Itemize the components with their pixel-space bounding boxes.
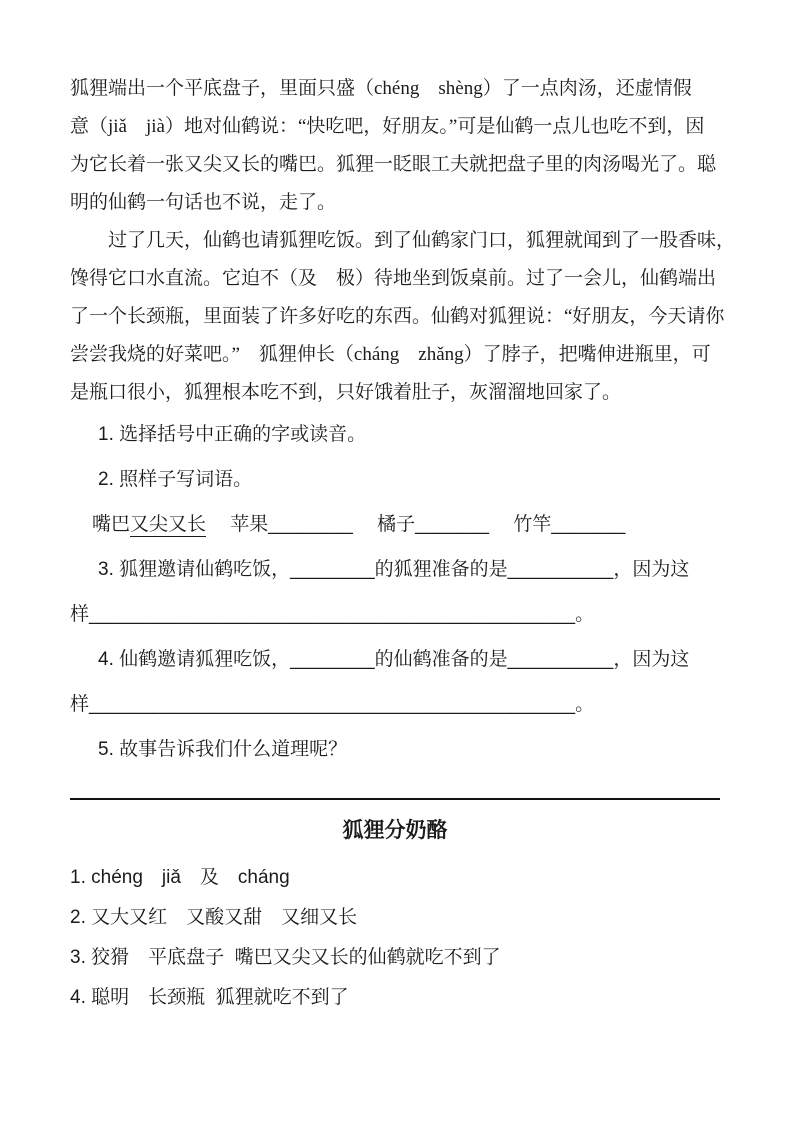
passage-line: 狐狸端出一个平底盘子，里面只盛（chéng shèng）了一点肉汤，还虚情假 xyxy=(70,70,720,108)
example-underlined-word: 又尖又长 xyxy=(130,514,206,537)
passage-line: 尝尝我烧的好菜吧。” 狐狸伸长（cháng zhǎng）了脖子，把嘴伸进瓶里，可 xyxy=(70,336,720,374)
answer-list: 1. chéng jiǎ 及 cháng 2. 又大又红 又酸又甜 又细又长 3… xyxy=(70,858,720,1018)
example-prefix: 嘴巴 xyxy=(92,514,130,535)
passage-line: 过了几天，仙鹤也请狐狸吃饭。到了仙鹤家门口，狐狸就闻到了一股香味， xyxy=(70,222,720,260)
passage-line: 意（jiǎ jià）地对仙鹤说：“快吃吧，好朋友。”可是仙鹤一点儿也吃不到，因 xyxy=(70,108,720,146)
answer-key-title: 狐狸分奶酪 xyxy=(70,816,720,846)
answer-key-section: 狐狸分奶酪 1. chéng jiǎ 及 cháng 2. 又大又红 又酸又甜 … xyxy=(70,816,720,1018)
passage-line: 为它长着一张又尖又长的嘴巴。狐狸一眨眼工夫就把盘子里的肉汤喝光了。聪 xyxy=(70,146,720,184)
question-3-line-2: 样_______________________________________… xyxy=(70,592,720,637)
question-4-line-2: 样_______________________________________… xyxy=(70,682,720,727)
question-1: 1. 选择括号中正确的字或读音。 xyxy=(70,412,720,457)
question-4-line-1: 4. 仙鹤邀请狐狸吃饭，________的仙鹤准备的是__________，因为… xyxy=(70,637,720,682)
answer-item: 4. 聪明 长颈瓶 狐狸就吃不到了 xyxy=(70,978,720,1018)
question-5: 5. 故事告诉我们什么道理呢？ xyxy=(70,727,720,772)
answer-item: 2. 又大又红 又酸又甜 又细又长 xyxy=(70,898,720,938)
question-list: 1. 选择括号中正确的字或读音。 2. 照样子写词语。 嘴巴又尖又长 苹果___… xyxy=(70,412,720,772)
section-divider xyxy=(70,798,720,800)
example-blanks: 苹果________ 橘子_______ 竹竿_______ xyxy=(206,514,625,535)
reading-passage: 狐狸端出一个平底盘子，里面只盛（chéng shèng）了一点肉汤，还虚情假 意… xyxy=(70,70,720,412)
question-2: 2. 照样子写词语。 xyxy=(70,457,720,502)
question-3-line-1: 3. 狐狸邀请仙鹤吃饭，________的狐狸准备的是__________，因为… xyxy=(70,547,720,592)
answer-item: 1. chéng jiǎ 及 cháng xyxy=(70,858,720,898)
passage-line: 馋得它口水直流。它迫不（及 极）待地坐到饭桌前。过了一会儿，仙鹤端出 xyxy=(70,260,720,298)
passage-line: 了一个长颈瓶，里面装了许多好吃的东西。仙鹤对狐狸说：“好朋友，今天请你 xyxy=(70,298,720,336)
question-2-example: 嘴巴又尖又长 苹果________ 橘子_______ 竹竿_______ xyxy=(70,502,720,547)
passage-line: 明的仙鹤一句话也不说，走了。 xyxy=(70,184,720,222)
worksheet-page: 狐狸端出一个平底盘子，里面只盛（chéng shèng）了一点肉汤，还虚情假 意… xyxy=(0,0,793,1122)
answer-item: 3. 狡猾 平底盘子 嘴巴又尖又长的仙鹤就吃不到了 xyxy=(70,938,720,978)
passage-line: 是瓶口很小，狐狸根本吃不到，只好饿着肚子，灰溜溜地回家了。 xyxy=(70,374,720,412)
